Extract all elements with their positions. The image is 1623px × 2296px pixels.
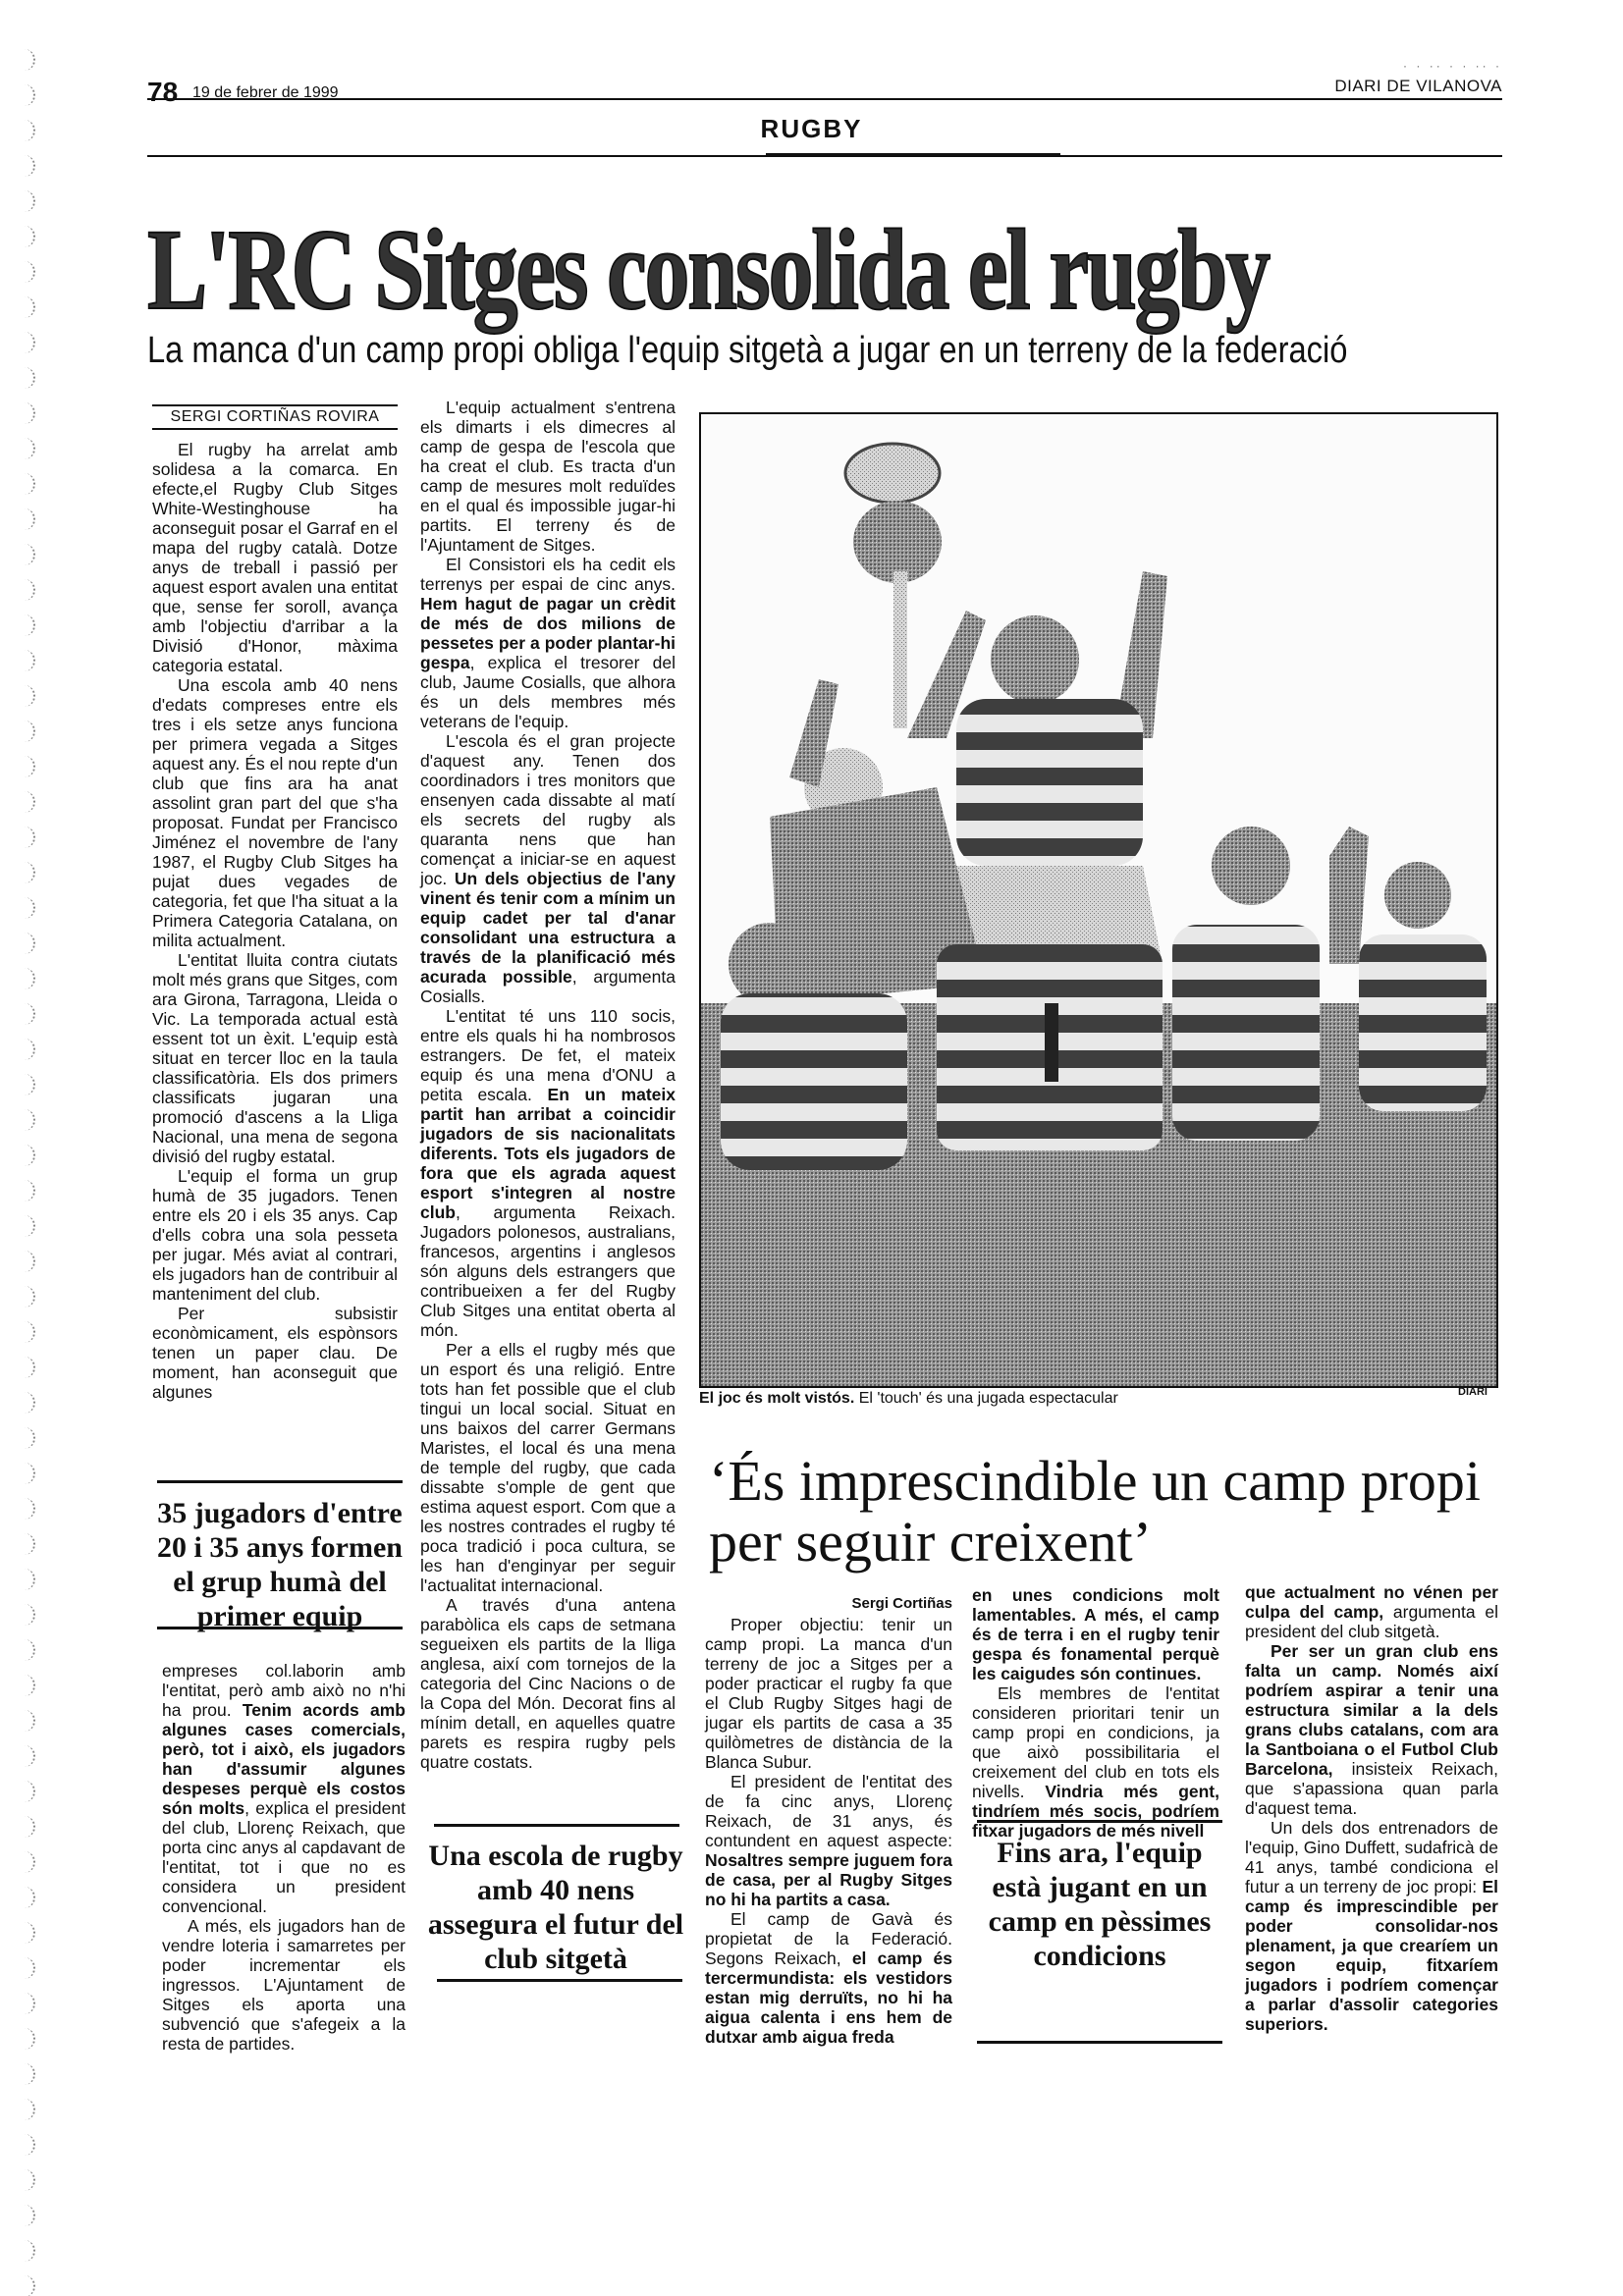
binding-hole-icon — [16, 1427, 35, 1449]
photo-illustration — [701, 414, 1496, 1386]
binding-hole-icon — [16, 2063, 35, 2085]
binding-hole-icon — [16, 1109, 35, 1131]
paragraph: A través d'una antena parabòlica els cap… — [420, 1595, 676, 1772]
paragraph: Una escola amb 40 nens d'edats compreses… — [152, 675, 398, 950]
paragraph: L'entitat té uns 110 socis, entre els qu… — [420, 1006, 676, 1340]
paragraph-text: Proper objectiu: tenir un camp propi. La… — [705, 1615, 952, 1772]
paragraph: El camp de Gavà és propietat de la Feder… — [705, 1909, 952, 2047]
binding-hole-icon — [16, 2275, 35, 2296]
paragraph: Per a ells el rugby més que un esport és… — [420, 1340, 676, 1595]
photo-credit: DIARI — [1458, 1386, 1488, 1398]
binding-hole-icon — [16, 508, 35, 530]
paragraph: L'equip actualment s'entrena els dimarts… — [420, 398, 676, 555]
binding-hole-icon — [16, 332, 35, 353]
binding-hole-icon — [16, 226, 35, 247]
binding-hole-icon — [16, 1357, 35, 1378]
pullquote-rule — [977, 2041, 1222, 2044]
binding-hole-icon — [16, 2134, 35, 2156]
paragraph-text: El president de l'entitat des de fa cinc… — [705, 1772, 952, 1850]
binding-holes — [8, 10, 47, 2287]
article-column-2: L'equip actualment s'entrena els dimarts… — [420, 398, 676, 1772]
paragraph-text: , argumenta Reixach. Jugadors polonesos,… — [420, 1202, 676, 1340]
binding-hole-icon — [16, 1710, 35, 1732]
binding-hole-icon — [16, 296, 35, 318]
binding-hole-icon — [16, 2028, 35, 2050]
binding-hole-icon — [16, 438, 35, 459]
quote-emphasis: Nosaltres sempre juguem fora de casa, pe… — [705, 1850, 952, 1909]
binding-hole-icon — [16, 1498, 35, 1520]
binding-hole-icon — [16, 897, 35, 919]
binding-hole-icon — [16, 614, 35, 636]
paragraph-text: El Consistori els ha cedit els terrenys … — [420, 555, 676, 594]
pullquote-rule — [157, 1627, 403, 1629]
binding-hole-icon — [16, 1675, 35, 1696]
binding-hole-icon — [16, 1604, 35, 1626]
binding-hole-icon — [16, 1074, 35, 1095]
sidebar-column-a: Proper objectiu: tenir un camp propi. La… — [705, 1615, 952, 2047]
newspaper-name: DIARI DE VILANOVA — [1334, 77, 1502, 96]
masthead: 78 19 de febrer de 1999 · · ·· · · ·· · … — [147, 69, 1502, 108]
binding-hole-icon — [16, 1039, 35, 1060]
binding-hole-icon — [16, 2240, 35, 2262]
sidebar-column-c: que actualment no vénen per culpa del ca… — [1245, 1582, 1498, 2034]
paragraph: L'escola és el gran projecte d'aquest an… — [420, 731, 676, 1006]
paragraph: El president de l'entitat des de fa cinc… — [705, 1772, 952, 1909]
paragraph: Per ser un gran club ens falta un camp. … — [1245, 1641, 1498, 1818]
photo-caption-text: El 'touch' és una jugada espectacular — [854, 1390, 1118, 1407]
binding-hole-icon — [16, 2099, 35, 2120]
binding-hole-icon — [16, 1781, 35, 1802]
binding-hole-icon — [16, 2205, 35, 2226]
binding-hole-icon — [16, 862, 35, 883]
paragraph: Els membres de l'entitat consideren prio… — [972, 1683, 1219, 1841]
paragraph: en unes condicions molt lamentables. A m… — [972, 1585, 1219, 1683]
binding-hole-icon — [16, 1957, 35, 1979]
binding-hole-icon — [16, 756, 35, 777]
sidebar-column-b: en unes condicions molt lamentables. A m… — [972, 1585, 1219, 1841]
paragraph-text: A més, els jugadors han de vendre loteri… — [162, 1916, 406, 2054]
binding-hole-icon — [16, 261, 35, 283]
pullquote-rule — [434, 1824, 679, 1827]
binding-hole-icon — [16, 155, 35, 177]
binding-hole-icon — [16, 1215, 35, 1237]
section-label: RUGBY — [0, 114, 1623, 144]
binding-hole-icon — [16, 1463, 35, 1484]
binding-hole-icon — [16, 473, 35, 495]
paragraph: El rugby ha arrelat amb solidesa a la co… — [152, 440, 398, 675]
binding-hole-icon — [16, 402, 35, 424]
masthead-ornament: · · ·· · · ·· · — [1403, 59, 1502, 73]
binding-hole-icon — [16, 579, 35, 601]
pullquote-rule — [977, 1820, 1222, 1823]
paragraph: L'entitat lluita contra ciutats molt més… — [152, 950, 398, 1166]
binding-hole-icon — [16, 1251, 35, 1272]
binding-hole-icon — [16, 1993, 35, 2014]
pullquote-pessimes-condicions: Fins ara, l'equip està jugant en un camp… — [972, 1836, 1227, 1973]
paragraph-text: Per a ells el rugby més que un esport és… — [420, 1340, 676, 1595]
article-subheadline: La manca d'un camp propi obliga l'equip … — [147, 329, 1313, 372]
binding-hole-icon — [16, 933, 35, 954]
binding-hole-icon — [16, 1180, 35, 1201]
binding-hole-icon — [16, 190, 35, 212]
paragraph-text: Un dels dos entrenadors de l'equip, Gino… — [1245, 1818, 1498, 1896]
binding-hole-icon — [16, 968, 35, 989]
paragraph: Un dels dos entrenadors de l'equip, Gino… — [1245, 1818, 1498, 2034]
paragraph: El Consistori els ha cedit els terrenys … — [420, 555, 676, 731]
quote-emphasis: Per ser un gran club ens falta un camp. … — [1245, 1641, 1498, 1779]
binding-hole-icon — [16, 1639, 35, 1661]
pullquote-escola: Una escola de rugby amb 40 nens assegura… — [424, 1839, 687, 1976]
section-rule-accent — [766, 153, 1060, 157]
pullquote-rule — [437, 1979, 682, 1982]
binding-hole-icon — [16, 544, 35, 565]
binding-hole-icon — [16, 1145, 35, 1166]
pullquote-35-jugadors: 35 jugadors d'entre 20 i 35 anys formen … — [152, 1496, 407, 1633]
binding-hole-icon — [16, 1321, 35, 1343]
sidebar-headline: ‘És imprescindible un camp propi per seg… — [709, 1451, 1494, 1573]
paragraph: Per subsistir econòmicament, els espònso… — [152, 1304, 398, 1402]
binding-hole-icon — [16, 1569, 35, 1590]
binding-hole-icon — [16, 1922, 35, 1944]
paragraph-text: A través d'una antena parabòlica els cap… — [420, 1595, 676, 1772]
binding-hole-icon — [16, 1851, 35, 1873]
binding-hole-icon — [16, 1003, 35, 1025]
binding-hole-icon — [16, 827, 35, 848]
paragraph: L'equip el forma un grup humà de 35 juga… — [152, 1166, 398, 1304]
paragraph: Proper objectiu: tenir un camp propi. La… — [705, 1615, 952, 1772]
binding-hole-icon — [16, 1286, 35, 1308]
quote-emphasis: El camp és imprescindible per poder cons… — [1245, 1877, 1498, 2034]
section-label-text: RUGBY — [761, 114, 863, 144]
binding-hole-icon — [16, 1533, 35, 1555]
pullquote-rule — [157, 1480, 403, 1483]
binding-hole-icon — [16, 721, 35, 742]
paragraph: A més, els jugadors han de vendre loteri… — [162, 1916, 406, 2054]
paragraph: empreses col.laborin amb l'entitat, però… — [162, 1661, 406, 1916]
masthead-rule — [147, 98, 1502, 100]
quote-emphasis: en unes condicions molt lamentables. A m… — [972, 1585, 1219, 1683]
paragraph-text: L'equip actualment s'entrena els dimarts… — [420, 398, 676, 555]
article-column-1: El rugby ha arrelat amb solidesa a la co… — [152, 440, 398, 1402]
binding-hole-icon — [16, 2169, 35, 2191]
page-number: 78 — [147, 77, 178, 108]
binding-hole-icon — [16, 49, 35, 71]
binding-hole-icon — [16, 791, 35, 813]
article-headline: L'RC Sitges consolida el rugby — [147, 211, 1204, 329]
binding-hole-icon — [16, 1887, 35, 1908]
binding-hole-icon — [16, 84, 35, 106]
binding-hole-icon — [16, 1745, 35, 1767]
paragraph: que actualment no vénen per culpa del ca… — [1245, 1582, 1498, 1641]
binding-hole-icon — [16, 367, 35, 389]
binding-hole-icon — [16, 650, 35, 671]
photo-caption-lead: El joc és molt vistós. — [699, 1390, 854, 1407]
sidebar-byline: Sergi Cortiñas — [844, 1595, 952, 1612]
photo-caption: El joc és molt vistós. El 'touch' és una… — [699, 1390, 1118, 1408]
binding-hole-icon — [16, 1392, 35, 1414]
binding-hole-icon — [16, 685, 35, 707]
rugby-lineout-photo — [699, 412, 1498, 1388]
article-column-1-continued: empreses col.laborin amb l'entitat, però… — [162, 1661, 406, 2054]
quote-emphasis: En un mateix partit han arribat a coinci… — [420, 1085, 676, 1222]
binding-hole-icon — [16, 1816, 35, 1838]
paragraph-text: L'escola és el gran projecte d'aquest an… — [420, 731, 676, 888]
article-byline: SERGI CORTIÑAS ROVIRA — [152, 404, 398, 430]
